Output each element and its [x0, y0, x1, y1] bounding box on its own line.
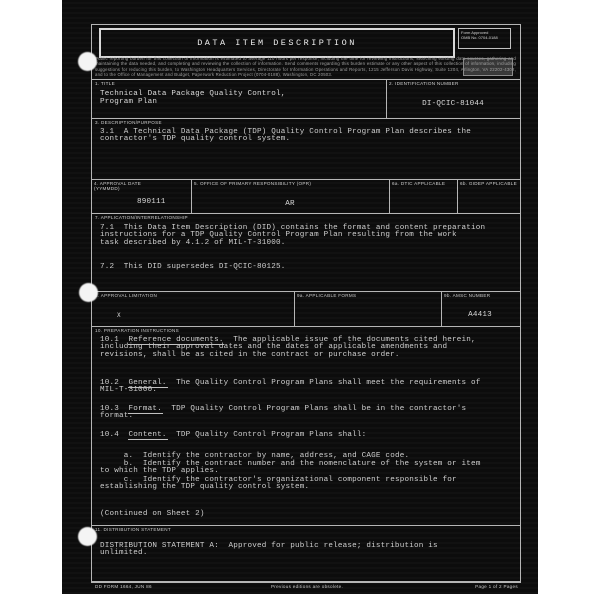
para-10-1: 10.1 Reference documents. The applicable… [100, 337, 518, 359]
block1-value: Technical Data Package Quality Control, … [100, 91, 286, 106]
divider [389, 179, 390, 213]
omb-approval-box: Form Approved OMB No. 0704-0188 [458, 28, 511, 49]
block6b-label: 6b. GIDEP APPLICABLE [460, 181, 518, 186]
block7-para1: 7.1 This Data Item Description (DID) con… [100, 225, 518, 247]
divider [386, 79, 387, 118]
footer-rule [92, 581, 520, 583]
rule [92, 326, 520, 327]
block11-body: DISTRIBUTION STATEMENT A: Approved for p… [100, 543, 518, 558]
burden-side-box [463, 58, 513, 76]
block9b-value: A4413 [444, 312, 516, 320]
block8-label: 8. APPROVAL LIMITATION [95, 293, 157, 298]
form-title: DATA ITEM DESCRIPTION [197, 38, 357, 48]
rule [92, 118, 520, 119]
underline [128, 439, 168, 440]
hole-punch-top [78, 52, 97, 71]
block5-label: 5. OFFICE OF PRIMARY RESPONSIBILITY (OPR… [194, 181, 387, 186]
block9b-label: 9b. AMSC NUMBER [444, 293, 490, 298]
rule [92, 291, 520, 292]
block2-value: DI-QCIC-81044 [389, 101, 517, 109]
underline [128, 387, 168, 388]
divider [457, 179, 458, 213]
block6a-label: 6a. DTIC APPLICABLE [392, 181, 455, 186]
item-b: b. Identify the contract number and the … [100, 461, 518, 476]
divider [441, 291, 442, 326]
block2-label: 2. IDENTIFICATION NUMBER [389, 81, 459, 86]
block1-label: 1. TITLE [95, 81, 115, 86]
rule [92, 79, 520, 80]
block3-label: 3. DESCRIPTION/PURPOSE [95, 120, 162, 125]
continued-note: (Continued on Sheet 2) [100, 511, 518, 518]
block7-label: 7. APPLICATION/INTERRELATIONSHIP [95, 215, 188, 220]
block11-label: 11. DISTRIBUTION STATEMENT [95, 527, 171, 532]
dd-form-1664: DATA ITEM DESCRIPTION Form Approved OMB … [91, 24, 521, 583]
block3-body: 3.1 A Technical Data Package (TDP) Quali… [100, 129, 518, 144]
footer-page-number: Page 1 of 2 Pages [450, 584, 518, 589]
underline [128, 413, 163, 414]
block8-value: X [117, 312, 121, 320]
hole-punch-middle [79, 283, 98, 302]
block7-para2: 7.2 This DID supersedes DI-QCIC-80125. [100, 264, 518, 271]
footer-editions-note: Previous editions are obsolete. [242, 584, 372, 589]
scanned-document-page: DATA ITEM DESCRIPTION Form Approved OMB … [62, 0, 538, 594]
rule [92, 525, 520, 526]
block4-value: 890111 [137, 199, 166, 207]
page-background: { "colors": { "scan_bg": "#0c0c0c", "ink… [0, 0, 600, 600]
rule [92, 213, 520, 214]
block9a-label: 9a. APPLICABLE FORMS [297, 293, 356, 298]
item-c: c. Identify the contractor's organizatio… [100, 477, 518, 492]
rule [92, 179, 520, 180]
block10-label: 10. PREPARATION INSTRUCTIONS [95, 328, 179, 333]
burden-statement: Public reporting burden for this collect… [95, 56, 516, 78]
hole-punch-bottom [78, 527, 97, 546]
block5-value: AR [191, 201, 389, 209]
divider [294, 291, 295, 326]
block4-label: 4. APPROVAL DATE (YYMMDD) [94, 181, 141, 192]
footer-form-number: DD FORM 1664, JUN 86 [95, 584, 152, 589]
form-title-box: DATA ITEM DESCRIPTION [99, 28, 455, 58]
underline [128, 344, 224, 345]
